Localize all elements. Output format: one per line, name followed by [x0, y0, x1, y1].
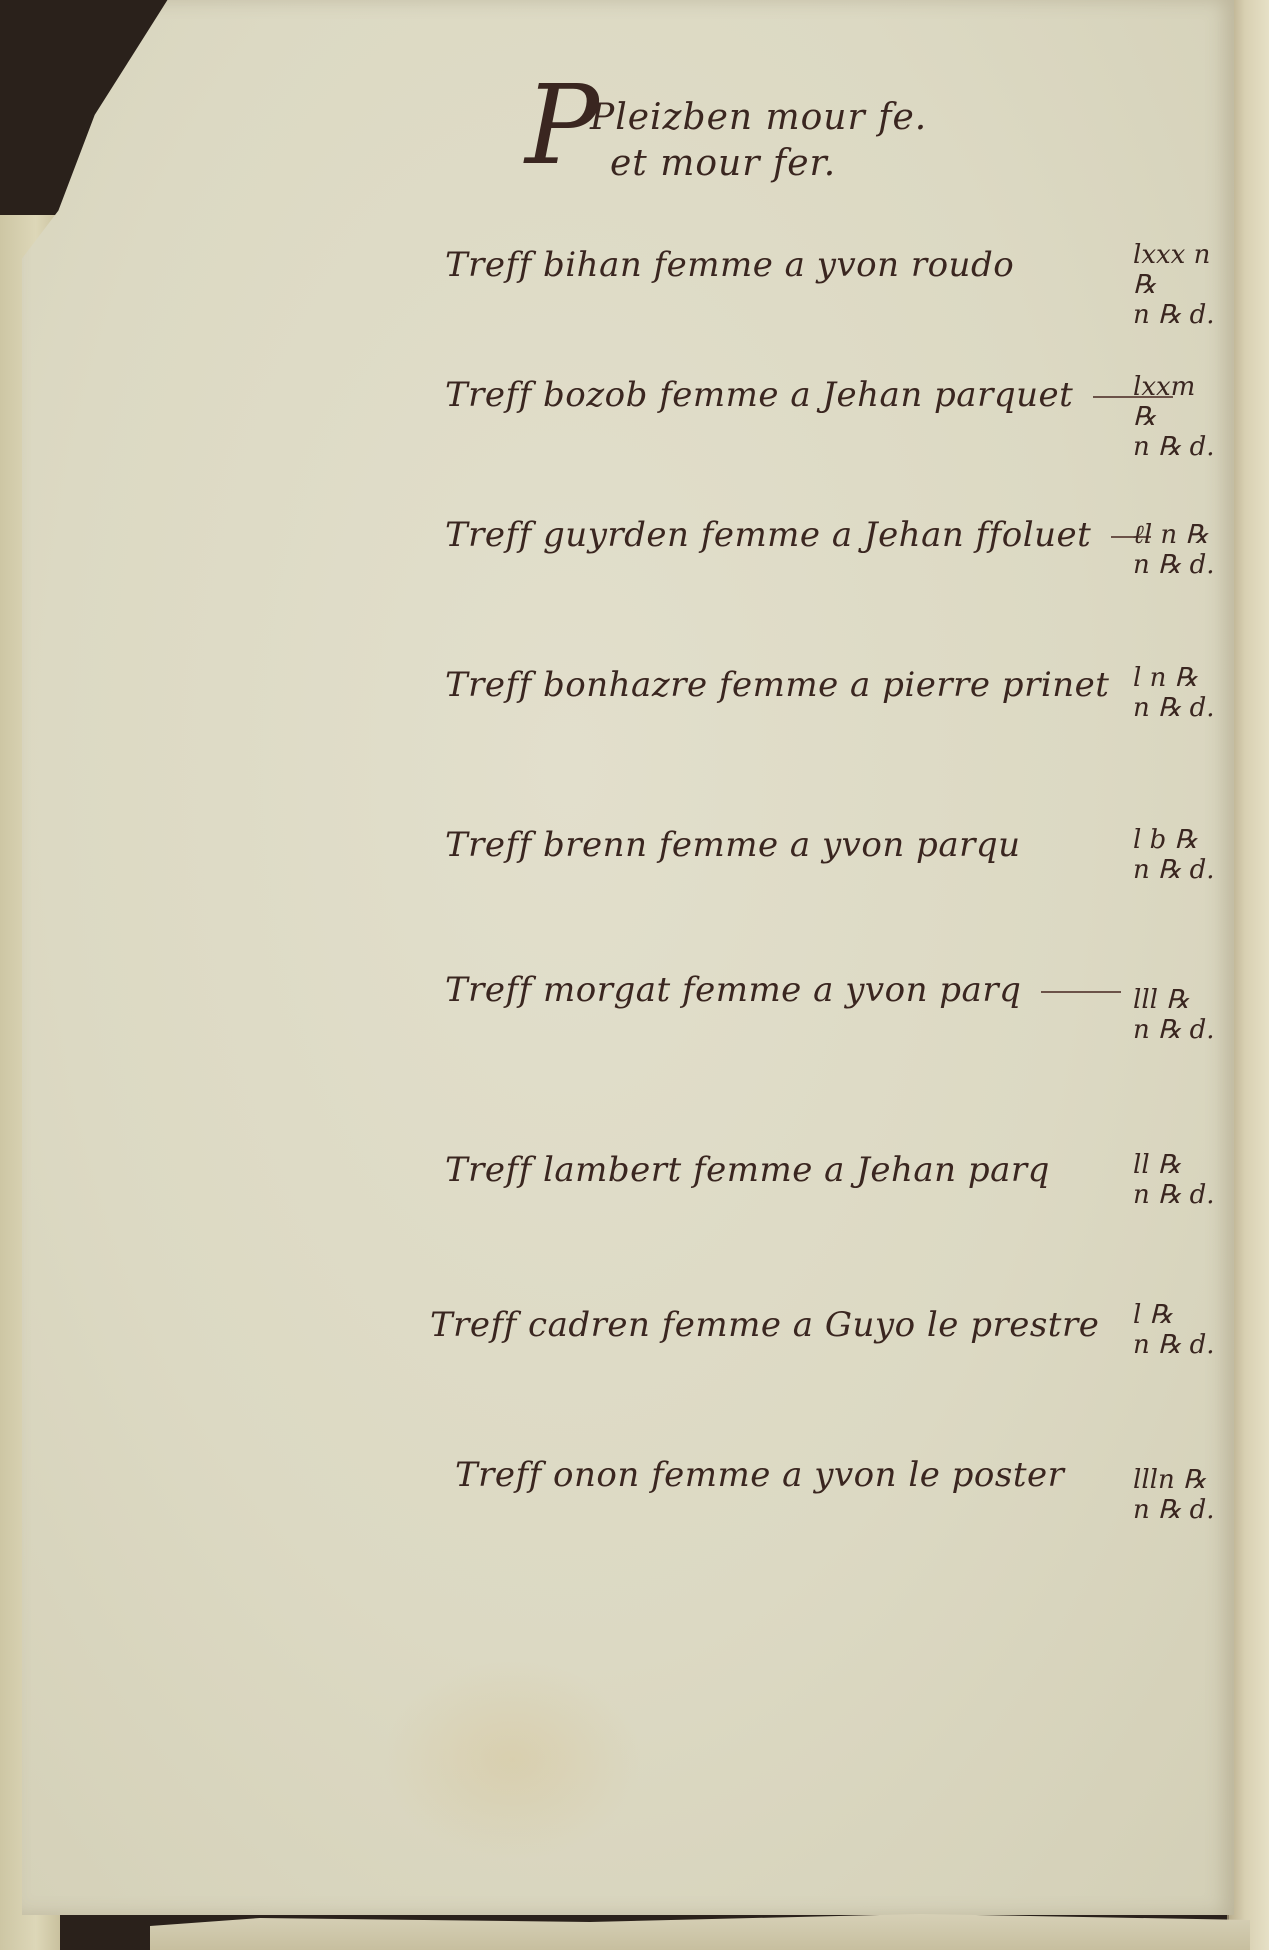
- amount-9: llln ℞ n ℞ d.: [1133, 1465, 1223, 1525]
- amount-1: lxxx n ℞ n ℞ d.: [1133, 240, 1223, 330]
- amount-line-1: ℓl n ℞: [1133, 520, 1223, 550]
- amount-line-1: l n ℞: [1133, 663, 1223, 693]
- entry-text: Treff bonhazre femme a pierre prinet: [445, 665, 1109, 705]
- amount-8: l ℞ n ℞ d.: [1133, 1300, 1223, 1360]
- amount-line-2: n ℞ d.: [1133, 855, 1223, 885]
- water-stain: [382, 1660, 642, 1860]
- amount-line-2: n ℞ d.: [1133, 693, 1223, 723]
- amount-line-2: n ℞ d.: [1133, 1015, 1223, 1045]
- entry-1: Treff bihan femme a yvon roudo: [445, 245, 1014, 285]
- entry-6: Treff morgat femme a yvon parq: [445, 970, 1121, 1010]
- amount-7: ll ℞ n ℞ d.: [1133, 1150, 1223, 1210]
- entry-3: Treff guyrden femme a Jehan ffoluet: [445, 515, 1151, 555]
- amount-line-2: n ℞ d.: [1133, 432, 1223, 462]
- entry-dash: [1041, 991, 1121, 993]
- amount-line-1: lxxm ℞: [1133, 372, 1223, 432]
- amount-2: lxxm ℞ n ℞ d.: [1133, 372, 1223, 462]
- amount-line-1: l ℞: [1133, 1300, 1223, 1330]
- entry-text: Treff cadren femme a Guyo le prestre: [430, 1305, 1099, 1345]
- lower-page-edge: [150, 1910, 1250, 1950]
- entry-text: Treff morgat femme a yvon parq: [445, 970, 1021, 1010]
- decorated-initial: P: [525, 70, 599, 180]
- entry-text: Treff bihan femme a yvon roudo: [445, 245, 1014, 285]
- entry-text: Treff onon femme a yvon le poster: [455, 1455, 1064, 1495]
- amount-line-2: n ℞ d.: [1133, 300, 1223, 330]
- amount-line-1: ll ℞: [1133, 1150, 1223, 1180]
- amount-5: l b ℞ n ℞ d.: [1133, 825, 1223, 885]
- entry-text: Treff brenn femme a yvon parqu: [445, 825, 1021, 865]
- amount-line-1: lxxx n ℞: [1133, 240, 1223, 300]
- entry-text: Treff guyrden femme a Jehan ffoluet: [445, 515, 1091, 555]
- entry-2: Treff bozob femme a Jehan parquet: [445, 375, 1173, 415]
- entry-4: Treff bonhazre femme a pierre prinet: [445, 665, 1109, 705]
- amount-line-1: llln ℞: [1133, 1465, 1223, 1495]
- heading-line-1: Pleizben mour fe.: [590, 95, 927, 141]
- amount-line-1: lll ℞: [1133, 985, 1223, 1015]
- amount-6: lll ℞ n ℞ d.: [1133, 985, 1223, 1045]
- entry-8: Treff cadren femme a Guyo le prestre: [430, 1305, 1099, 1345]
- amount-3: ℓl n ℞ n ℞ d.: [1133, 520, 1223, 580]
- entry-9: Treff onon femme a yvon le poster: [455, 1455, 1064, 1495]
- amount-4: l n ℞ n ℞ d.: [1133, 663, 1223, 723]
- page-heading: Pleizben mour fe. et mour fer.: [590, 95, 927, 187]
- amount-line-2: n ℞ d.: [1133, 1180, 1223, 1210]
- entry-7: Treff lambert femme a Jehan parq: [445, 1150, 1050, 1190]
- entry-text: Treff bozob femme a Jehan parquet: [445, 375, 1073, 415]
- amount-line-2: n ℞ d.: [1133, 550, 1223, 580]
- heading-line-2: et mour fer.: [590, 141, 927, 187]
- amount-line-2: n ℞ d.: [1133, 1495, 1223, 1525]
- amount-line-2: n ℞ d.: [1133, 1330, 1223, 1360]
- entry-text: Treff lambert femme a Jehan parq: [445, 1150, 1050, 1190]
- manuscript-sheet: [22, 0, 1234, 1915]
- amount-line-1: l b ℞: [1133, 825, 1223, 855]
- entry-5: Treff brenn femme a yvon parqu: [445, 825, 1021, 865]
